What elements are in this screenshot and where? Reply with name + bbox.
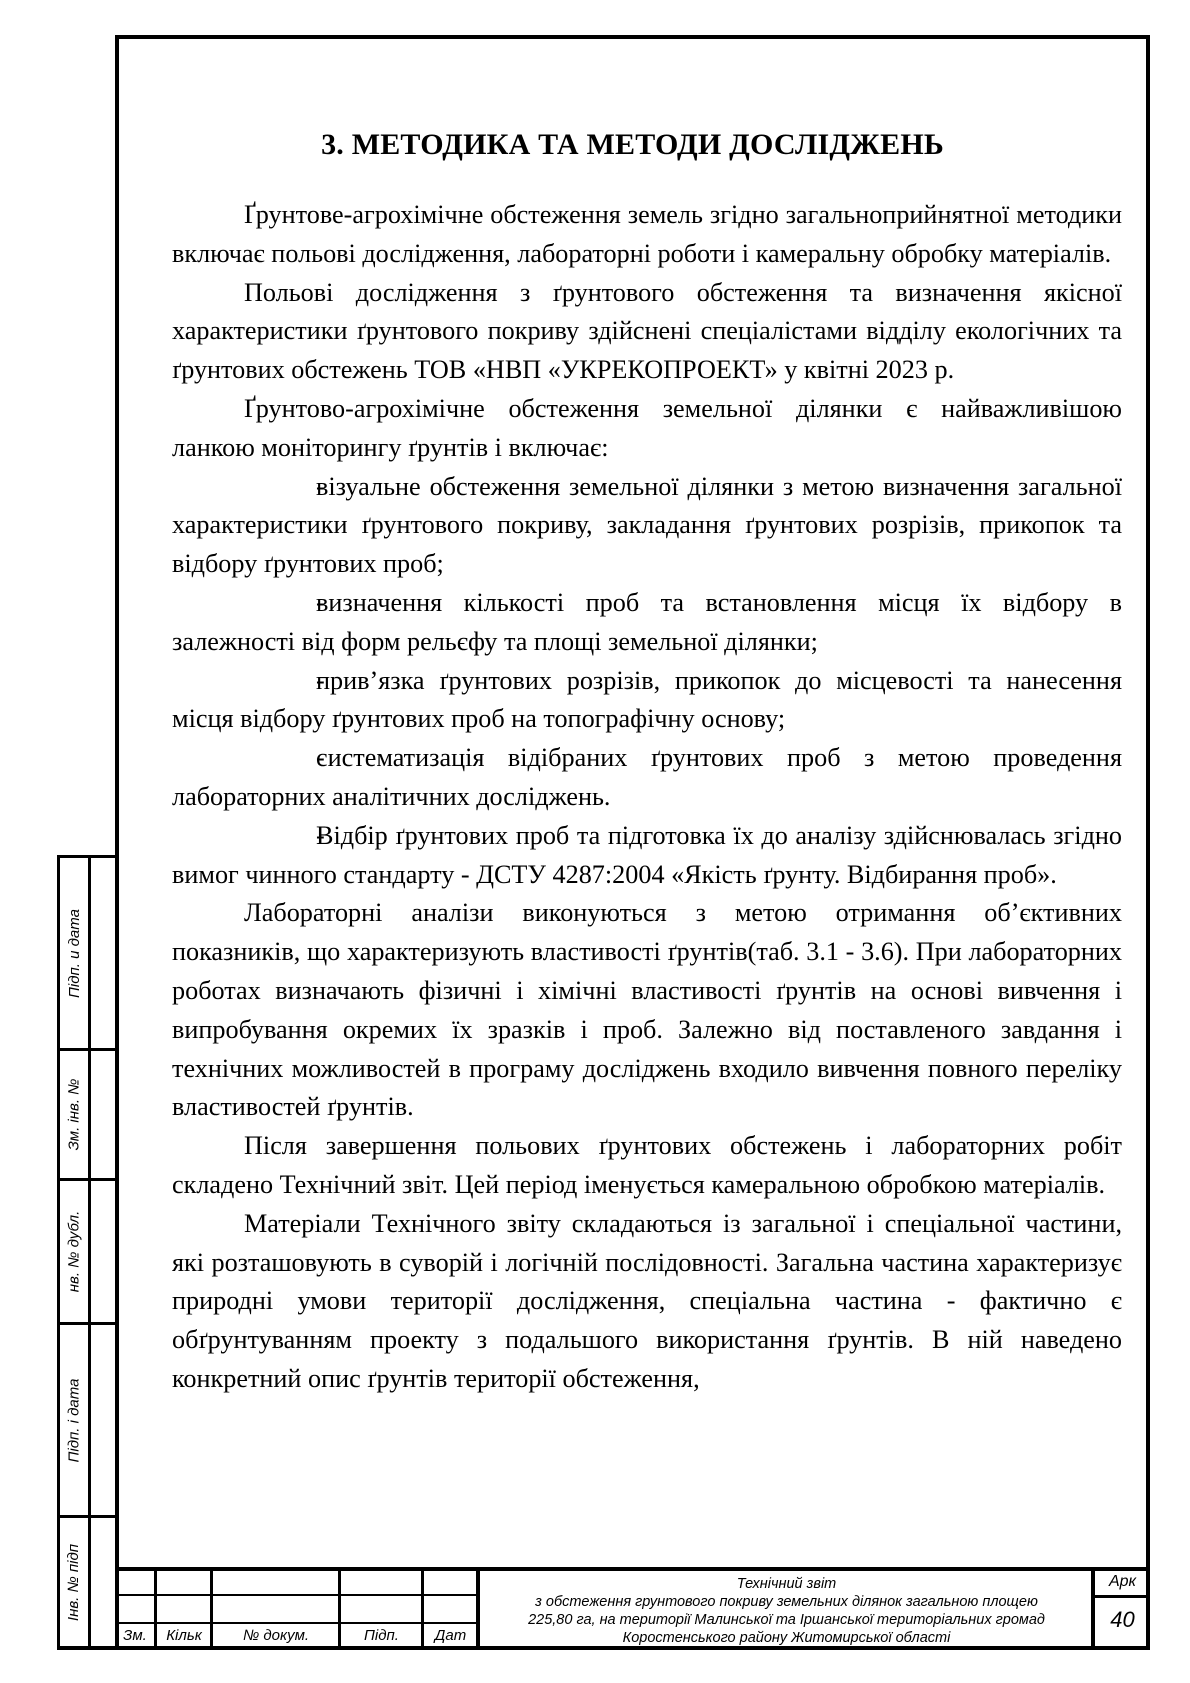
list-marker: - [244,817,316,856]
stamp-label: нв. № дубл. [66,1211,83,1293]
stamp-cell-duplicate-inv: нв. № дубл. [57,1178,115,1325]
section-title: 3. МЕТОДИКА ТА МЕТОДИ ДОСЛІДЖЕНЬ [115,128,1150,162]
side-stamp: Підп. и дата Зм. інв. № нв. № дубл. Підп… [57,855,115,1650]
stamp-label: Підп. и дата [66,909,83,998]
body-text: Ґрунтове-агрохімічне обстеження земель з… [172,196,1122,1399]
list-marker: - [244,739,316,778]
sheet-number: 40 [1095,1607,1150,1633]
stamp-cell-signature-date-2: Підп. і дата [57,1322,115,1518]
paragraph: Після завершення польових ґрунтових обст… [172,1127,1122,1205]
list-item: -Відбір ґрунтових проб та підготовка їх … [172,817,1122,895]
title-block: Зм. Кільк № докум. Підп. Дат Технічний з… [115,1567,1150,1650]
column-revision: Зм. [115,1627,155,1644]
paragraph: Ґрунтове-агрохімічне обстеження земель з… [172,196,1122,274]
stamp-label: Підп. і дата [66,1378,83,1462]
column-date: Дат [424,1627,477,1644]
description-line: 225,80 га, на території Малинської та Ір… [480,1611,1093,1629]
description-line: з обстеження грунтового покриву земельни… [480,1593,1093,1611]
stamp-cell-original-inv: Інв. № підп [57,1515,115,1650]
list-marker: - [244,468,316,507]
stamp-label: Інв. № підп [66,1543,83,1620]
stamp-label: Зм. інв. № [66,1079,83,1151]
paragraph: Лабораторні аналізи виконуються з метою … [172,894,1122,1127]
list-marker: - [244,662,316,701]
description-line: Технічний звіт [480,1575,1093,1593]
paragraph: Польові дослідження з ґрунтового обстеже… [172,274,1122,390]
sheet-label: Арк [1095,1573,1150,1591]
list-item: -визначення кількості проб та встановлен… [172,584,1122,662]
column-document-number: № докум. [213,1627,339,1644]
paragraph: Ґрунтово-агрохімічне обстеження земельно… [172,390,1122,468]
stamp-cell-signature-date: Підп. и дата [57,855,115,1051]
column-signature: Підп. [341,1627,422,1644]
list-item: -систематизація відібраних ґрунтових про… [172,739,1122,817]
list-item: -візуальне обстеження земельної ділянки … [172,468,1122,584]
description-line: Коростенського району Житомирської облас… [480,1629,1093,1647]
list-item: -прив’язка ґрунтових розрізів, прикопок … [172,662,1122,740]
document-description: Технічний звіт з обстеження грунтового п… [480,1571,1093,1650]
stamp-cell-replaced-inv: Зм. інв. № [57,1048,115,1181]
list-marker: - [244,584,316,623]
paragraph: Матеріали Технічного звіту складаються і… [172,1205,1122,1399]
column-quantity: Кільк [157,1627,211,1644]
